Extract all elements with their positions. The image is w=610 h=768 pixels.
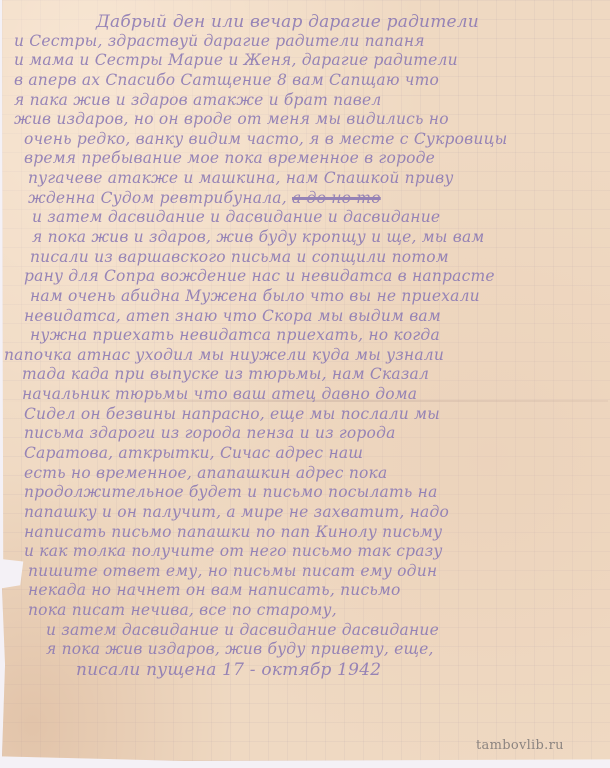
letter-line: невидатса, атеп знаю что Скора мы выдим … [24,307,441,325]
letter-line: папашку и он палучит, а мире не захватит… [24,503,449,521]
letter-line: я пока жив и здаров, жив буду кропщу и щ… [32,228,484,246]
letter-line: нам очень абидна Мужена было что вы не п… [30,287,480,305]
letter-line: и затем дасвидание и дасвидание дасвидан… [46,621,439,639]
letter-line: писали из варшавского письма и сопщили п… [30,248,449,266]
letter-line: написать письмо папашки по пап Кинолу пи… [24,523,442,541]
letter-line: пишите ответ ему, но письмы писат ему од… [28,562,437,580]
letter-line: и мама и Сестры Марие и Женя, дарагие ра… [14,51,458,69]
letter-line-salutation: Дабрый ден или вечар дарагие радители [96,12,479,32]
letter-line: продолжительное будет и письмо посылать … [24,483,438,501]
letter-line: рану для Сопра вождение нас и невидатса … [24,267,495,285]
letter-line: я пока жив издаров, жив буду привету, ещ… [46,640,434,658]
letter-line: пугачеве атакже и машкина, нам Спашкой п… [28,169,454,187]
letter-line: время пребывание мое пока временное в го… [24,149,435,167]
letter-line: пока писат нечива, все по старому, [28,601,337,619]
letter-line: и Сестры, здраствуй дарагие радители пап… [14,32,425,50]
letter-line: папочка атнас уходил мы ниужели куда мы … [4,346,444,364]
letter-line: тада када при выпуске из тюрьмы, нам Ска… [22,365,429,383]
letter-line: и затем дасвидание и дасвидание и дасвид… [32,208,440,226]
letter-line: некада но начнет он вам написать, письмо [28,581,401,599]
struck-text: а до но то [292,189,381,207]
letter-line: письма здароги из города пенза и из горо… [24,424,396,442]
letter-line: Сидел он безвины напрасно, еще мы послал… [24,405,440,423]
letter-line: начальник тюрьмы что ваш атец давно дома [22,385,417,403]
letter-line: я пака жив и здаров атакже и брат павел [14,91,381,109]
letter-line: Саратова, аткрытки, Сичас адрес наш [24,444,363,462]
letter-line: есть но временное, апапашкин адрес пока [24,464,387,482]
letter-line: жденна Судом ревтрибунала, а до но то [28,189,381,207]
letter-signature: писали пущена 17 - октябр 1942 [76,660,381,680]
letter-line: нужна приехать невидатса приехать, но ко… [30,326,440,344]
letter-line: и как толка получите от него письмо так … [24,542,443,560]
letter-line-text: жденна Судом ревтрибунала, а до но то [28,189,381,207]
letter-line: в аперв ах Спасибо Сатщение 8 вам Сапщаю… [14,71,439,89]
letter-line: жив издаров, но он вроде от меня мы види… [14,110,449,128]
handwritten-letter: Дабрый ден или вечар дарагие радители и … [0,0,610,768]
watermark: tambovlib.ru [476,738,564,753]
letter-line: очень редко, ванку видим часто, я в мест… [24,130,507,148]
